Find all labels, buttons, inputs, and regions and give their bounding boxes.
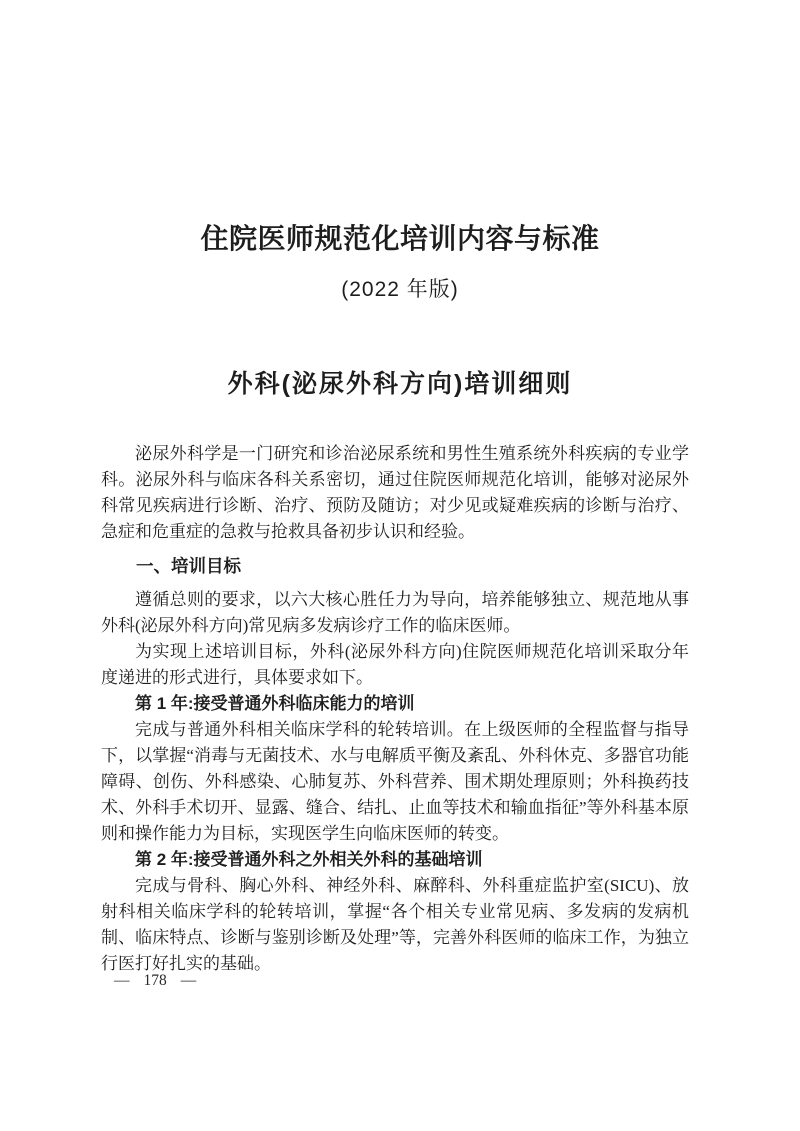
year2-paragraph: 完成与骨科、胸心外科、神经外科、麻醉科、外科重症监护室(SICU)、放射科相关临… bbox=[101, 873, 689, 977]
edition-label: (2022 年版) bbox=[0, 276, 800, 304]
goal-paragraph-2: 为实现上述培训目标，外科(泌尿外科方向)住院医师规范化培训采取分年度递进的形式进… bbox=[101, 639, 689, 691]
section-title: 外科(泌尿外科方向)培训细则 bbox=[0, 368, 800, 400]
document-title: 住院医师规范化培训内容与标准 bbox=[0, 223, 800, 257]
document-page: 住院医师规范化培训内容与标准 (2022 年版) 外科(泌尿外科方向)培训细则 … bbox=[0, 0, 800, 1131]
document-body: 泌尿外科学是一门研究和诊治泌尿系统和男性生殖系统外科疾病的专业学科。泌尿外科与临… bbox=[101, 441, 689, 977]
page-number: —178— bbox=[114, 971, 196, 991]
year2-heading: 第 2 年:接受普通外科之外相关外科的基础培训 bbox=[101, 847, 689, 873]
year1-heading: 第 1 年:接受普通外科临床能力的培训 bbox=[101, 691, 689, 717]
training-goal-heading: 一、培训目标 bbox=[101, 553, 689, 579]
goal-paragraph-1: 遵循总则的要求，以六大核心胜任力为导向，培养能够独立、规范地从事外科(泌尿外科方… bbox=[101, 587, 689, 639]
intro-paragraph: 泌尿外科学是一门研究和诊治泌尿系统和男性生殖系统外科疾病的专业学科。泌尿外科与临… bbox=[101, 441, 689, 545]
year1-paragraph: 完成与普通外科相关临床学科的轮转培训。在上级医师的全程监督与指导下，以掌握“消毒… bbox=[101, 717, 689, 847]
page-number-dash-right: — bbox=[181, 971, 197, 991]
page-number-value: 178 bbox=[144, 971, 167, 991]
page-number-dash-left: — bbox=[114, 971, 130, 991]
